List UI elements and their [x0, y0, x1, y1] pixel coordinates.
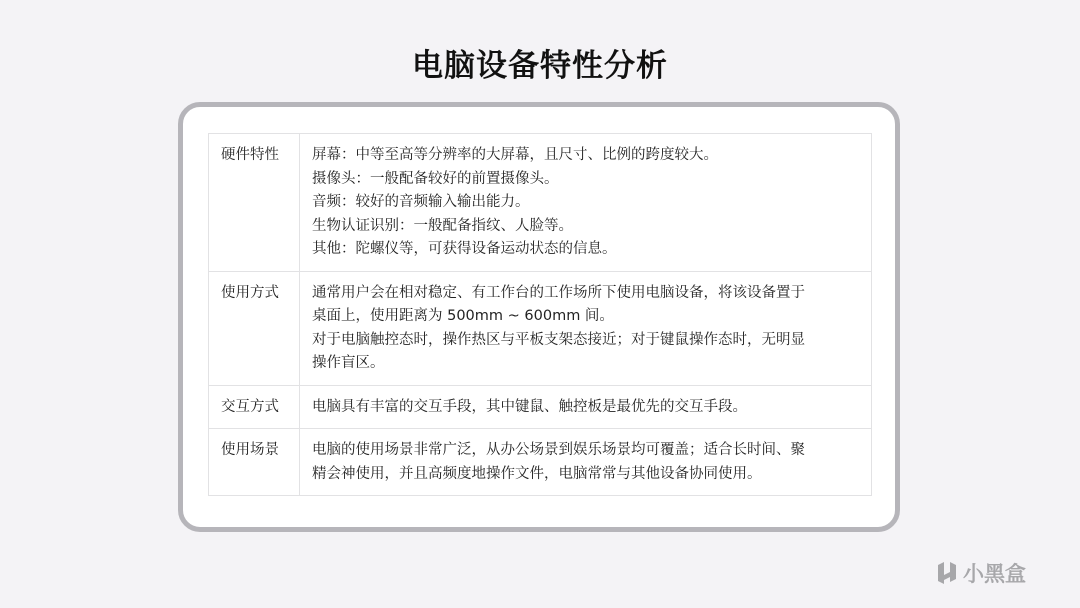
table-row-scenarios: 使用场景 电脑的使用场景非常广泛，从办公场景到娱乐场景均可覆盖；适合长时间、聚 …: [209, 429, 872, 496]
row-label: 硬件特性: [209, 134, 300, 272]
content-line: 通常用户会在相对稳定、有工作台的工作场所下使用电脑设备，将该设备置于: [312, 282, 859, 306]
row-content: 电脑具有丰富的交互手段，其中键鼠、触控板是最优先的交互手段。: [300, 385, 872, 429]
watermark-text: 小黑盒: [963, 558, 1026, 588]
content-line: 操作盲区。: [312, 352, 859, 376]
row-content: 电脑的使用场景非常广泛，从办公场景到娱乐场景均可覆盖；适合长时间、聚 精会神使用…: [300, 429, 872, 496]
content-line: 电脑的使用场景非常广泛，从办公场景到娱乐场景均可覆盖；适合长时间、聚: [312, 439, 859, 463]
content-line: 电脑具有丰富的交互手段，其中键鼠、触控板是最优先的交互手段。: [312, 396, 859, 420]
row-label: 使用方式: [209, 271, 300, 385]
table-row-interaction: 交互方式 电脑具有丰富的交互手段，其中键鼠、触控板是最优先的交互手段。: [209, 385, 872, 429]
content-line: 摄像头：一般配备较好的前置摄像头。: [312, 168, 859, 192]
content-line: 音频：较好的音频输入输出能力。: [312, 191, 859, 215]
page-title: 电脑设备特性分析: [0, 40, 1080, 85]
row-content: 通常用户会在相对稳定、有工作台的工作场所下使用电脑设备，将该设备置于 桌面上，使…: [300, 271, 872, 385]
content-line: 精会神使用，并且高频度地操作文件，电脑常常与其他设备协同使用。: [312, 463, 859, 487]
xiaoheihe-logo-icon: [935, 560, 959, 586]
content-line: 屏幕：中等至高等分辨率的大屏幕，且尺寸、比例的跨度较大。: [312, 144, 859, 168]
content-line: 生物认证识别：一般配备指纹、人脸等。: [312, 215, 859, 239]
content-line: 其他：陀螺仪等，可获得设备运动状态的信息。: [312, 238, 859, 262]
row-content: 屏幕：中等至高等分辨率的大屏幕，且尺寸、比例的跨度较大。 摄像头：一般配备较好的…: [300, 134, 872, 272]
content-line: 桌面上，使用距离为 500mm ~ 600mm 间。: [312, 305, 859, 329]
content-line: 对于电脑触控态时，操作热区与平板支架态接近；对于键鼠操作态时，无明显: [312, 329, 859, 353]
row-label: 交互方式: [209, 385, 300, 429]
table-row-hardware: 硬件特性 屏幕：中等至高等分辨率的大屏幕，且尺寸、比例的跨度较大。 摄像头：一般…: [209, 134, 872, 272]
row-label: 使用场景: [209, 429, 300, 496]
device-characteristics-table: 硬件特性 屏幕：中等至高等分辨率的大屏幕，且尺寸、比例的跨度较大。 摄像头：一般…: [208, 133, 872, 496]
watermark: 小黑盒: [935, 558, 1026, 588]
content-card: 硬件特性 屏幕：中等至高等分辨率的大屏幕，且尺寸、比例的跨度较大。 摄像头：一般…: [178, 102, 900, 532]
table-row-usage-mode: 使用方式 通常用户会在相对稳定、有工作台的工作场所下使用电脑设备，将该设备置于 …: [209, 271, 872, 385]
